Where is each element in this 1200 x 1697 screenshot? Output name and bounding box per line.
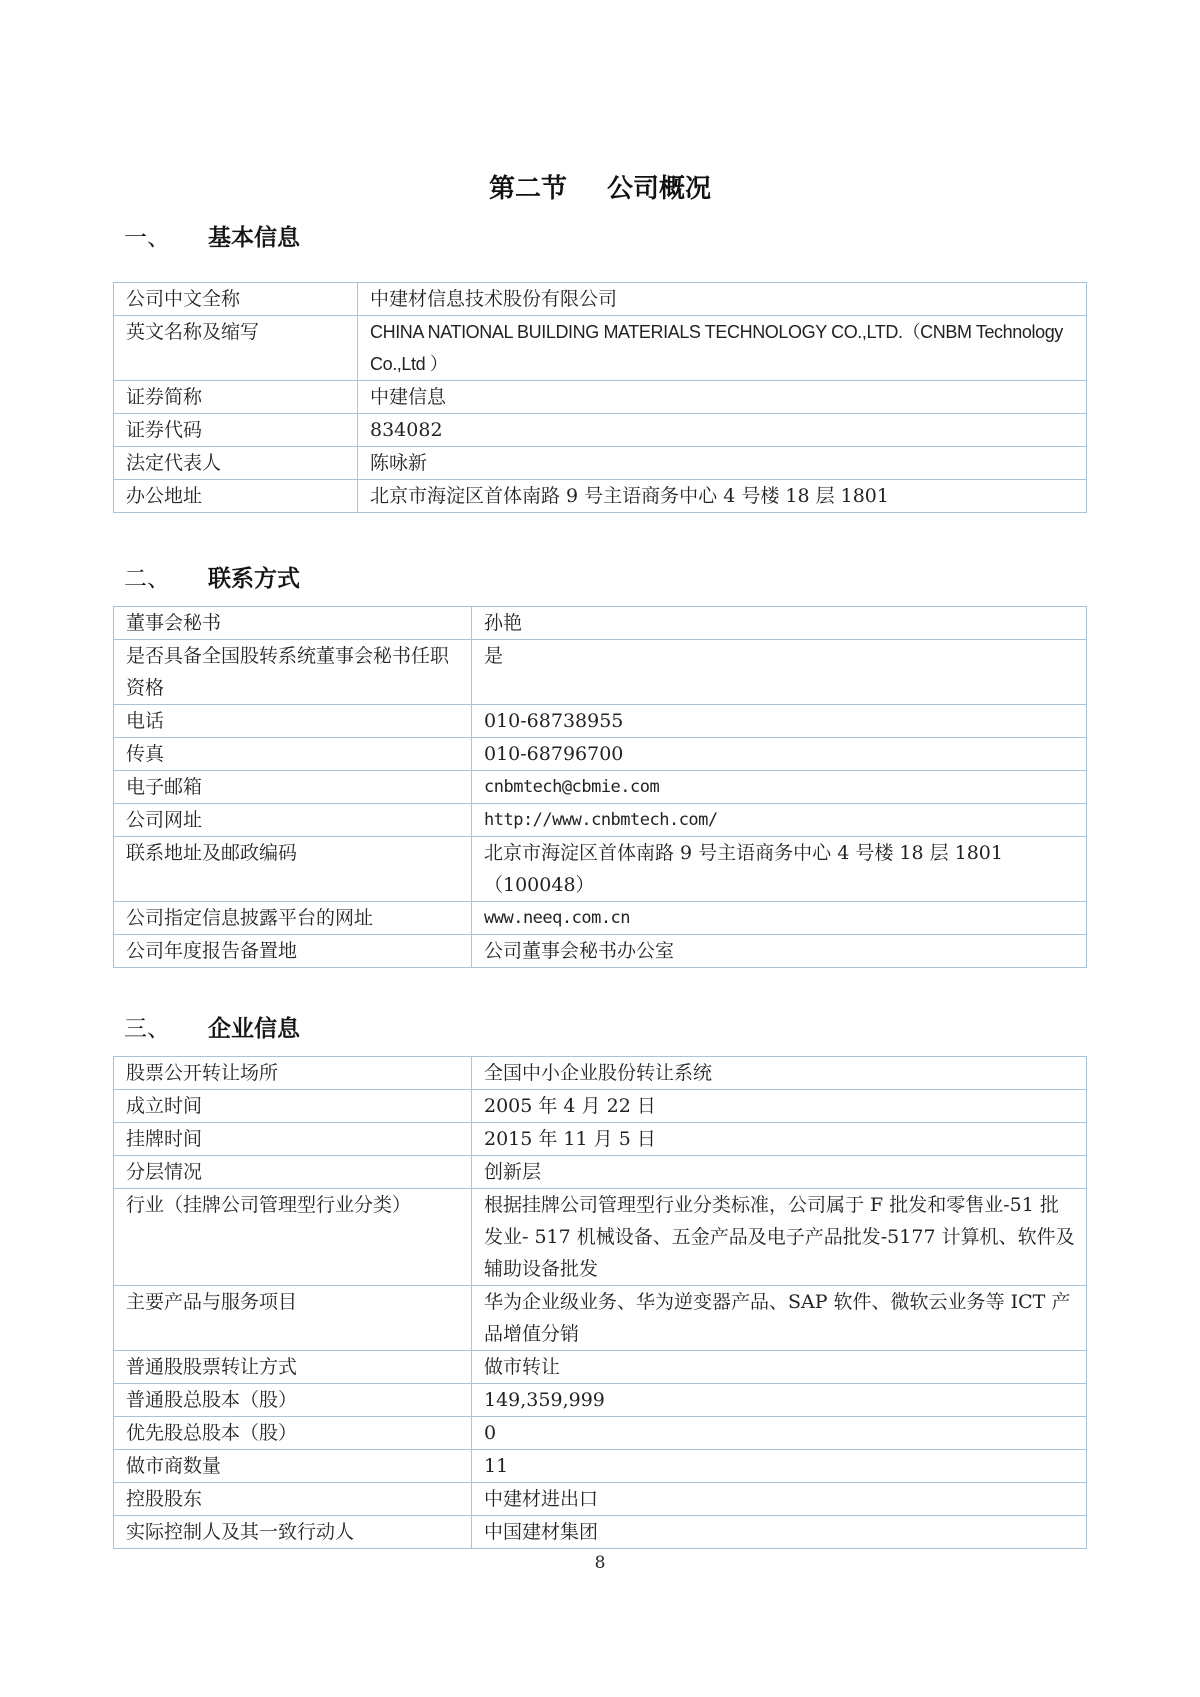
row-label: 证券简称 <box>114 381 358 414</box>
row-label: 电话 <box>114 705 472 738</box>
section-heading-enterprise-info: 三、企业信息 <box>124 1010 300 1043</box>
section-title: 企业信息 <box>208 1016 300 1042</box>
table-row: 行业（挂牌公司管理型行业分类） 根据挂牌公司管理型行业分类标准，公司属于 F 批… <box>114 1189 1087 1286</box>
table-row: 电子邮箱 cnbmtech@cbmie.com <box>114 771 1087 804</box>
row-label: 行业（挂牌公司管理型行业分类） <box>114 1189 472 1286</box>
row-label: 电子邮箱 <box>114 771 472 804</box>
table-row: 分层情况 创新层 <box>114 1156 1087 1189</box>
row-value: 中国建材集团 <box>472 1516 1087 1549</box>
row-value: 149,359,999 <box>472 1384 1087 1417</box>
row-value: 根据挂牌公司管理型行业分类标准，公司属于 F 批发和零售业-51 批发业- 51… <box>472 1189 1087 1286</box>
table-row: 联系地址及邮政编码 北京市海淀区首体南路 9 号主语商务中心 4 号楼 18 层… <box>114 837 1087 902</box>
enterprise-info-table: 股票公开转让场所 全国中小企业股份转让系统 成立时间 2005 年 4 月 22… <box>113 1056 1087 1549</box>
row-value: 010-68738955 <box>472 705 1087 738</box>
row-value: 010-68796700 <box>472 738 1087 771</box>
section-heading-contact: 二、联系方式 <box>124 560 300 593</box>
row-label: 做市商数量 <box>114 1450 472 1483</box>
row-label: 控股股东 <box>114 1483 472 1516</box>
section-title: 联系方式 <box>208 566 300 592</box>
page-title: 第二节公司概况 <box>0 168 1200 205</box>
row-label: 证券代码 <box>114 414 358 447</box>
row-label: 普通股总股本（股） <box>114 1384 472 1417</box>
section-number: 二、 <box>124 560 208 593</box>
table-row: 公司年度报告备置地 公司董事会秘书办公室 <box>114 935 1087 968</box>
row-value: 2005 年 4 月 22 日 <box>472 1090 1087 1123</box>
section-number: 三、 <box>124 1010 208 1043</box>
row-label: 公司指定信息披露平台的网址 <box>114 902 472 935</box>
row-label: 法定代表人 <box>114 447 358 480</box>
row-value: 中建信息 <box>358 381 1087 414</box>
table-row: 电话 010-68738955 <box>114 705 1087 738</box>
row-label: 公司网址 <box>114 804 472 837</box>
row-label: 公司年度报告备置地 <box>114 935 472 968</box>
table-row: 公司指定信息披露平台的网址 www.neeq.com.cn <box>114 902 1087 935</box>
row-label: 是否具备全国股转系统董事会秘书任职资格 <box>114 640 472 705</box>
row-label: 普通股股票转让方式 <box>114 1351 472 1384</box>
row-label: 股票公开转让场所 <box>114 1057 472 1090</box>
table-row: 证券简称 中建信息 <box>114 381 1087 414</box>
table-row: 普通股股票转让方式 做市转让 <box>114 1351 1087 1384</box>
row-value: 做市转让 <box>472 1351 1087 1384</box>
row-label: 实际控制人及其一致行动人 <box>114 1516 472 1549</box>
row-value: 834082 <box>358 414 1087 447</box>
row-label: 办公地址 <box>114 480 358 513</box>
row-value: 全国中小企业股份转让系统 <box>472 1057 1087 1090</box>
table-row: 是否具备全国股转系统董事会秘书任职资格 是 <box>114 640 1087 705</box>
table-row: 股票公开转让场所 全国中小企业股份转让系统 <box>114 1057 1087 1090</box>
table-row: 公司网址 http://www.cnbmtech.com/ <box>114 804 1087 837</box>
table-row: 实际控制人及其一致行动人 中国建材集团 <box>114 1516 1087 1549</box>
disclosure-site-value: www.neeq.com.cn <box>472 902 1087 935</box>
row-value: 中建材信息技术股份有限公司 <box>358 283 1087 316</box>
email-value: cnbmtech@cbmie.com <box>472 771 1087 804</box>
table-row: 做市商数量 11 <box>114 1450 1087 1483</box>
row-label: 分层情况 <box>114 1156 472 1189</box>
chapter-number: 第二节 <box>489 174 567 204</box>
table-row: 董事会秘书 孙艳 <box>114 607 1087 640</box>
table-row: 公司中文全称 中建材信息技术股份有限公司 <box>114 283 1087 316</box>
row-label: 优先股总股本（股） <box>114 1417 472 1450</box>
section-number: 一、 <box>124 219 208 252</box>
row-value: 北京市海淀区首体南路 9 号主语商务中心 4 号楼 18 层 1801 <box>358 480 1087 513</box>
row-value: 中建材进出口 <box>472 1483 1087 1516</box>
table-row: 成立时间 2005 年 4 月 22 日 <box>114 1090 1087 1123</box>
row-label: 成立时间 <box>114 1090 472 1123</box>
row-value: 公司董事会秘书办公室 <box>472 935 1087 968</box>
row-value: 陈咏新 <box>358 447 1087 480</box>
row-value: 创新层 <box>472 1156 1087 1189</box>
section-title: 基本信息 <box>208 225 300 251</box>
row-label: 联系地址及邮政编码 <box>114 837 472 902</box>
row-value: 孙艳 <box>472 607 1087 640</box>
website-value: http://www.cnbmtech.com/ <box>472 804 1087 837</box>
row-label: 主要产品与服务项目 <box>114 1286 472 1351</box>
row-label: 挂牌时间 <box>114 1123 472 1156</box>
row-value: 2015 年 11 月 5 日 <box>472 1123 1087 1156</box>
row-value: 是 <box>472 640 1087 705</box>
table-row: 证券代码 834082 <box>114 414 1087 447</box>
table-row: 英文名称及缩写 CHINA NATIONAL BUILDING MATERIAL… <box>114 316 1087 381</box>
contact-table: 董事会秘书 孙艳 是否具备全国股转系统董事会秘书任职资格 是 电话 010-68… <box>113 606 1087 968</box>
basic-info-table: 公司中文全称 中建材信息技术股份有限公司 英文名称及缩写 CHINA NATIO… <box>113 282 1087 513</box>
row-value: 华为企业级业务、华为逆变器产品、SAP 软件、微软云业务等 ICT 产品增值分销 <box>472 1286 1087 1351</box>
table-row: 法定代表人 陈咏新 <box>114 447 1087 480</box>
row-label: 公司中文全称 <box>114 283 358 316</box>
section-heading-basic-info: 一、基本信息 <box>124 219 300 252</box>
table-row: 传真 010-68796700 <box>114 738 1087 771</box>
table-row: 办公地址 北京市海淀区首体南路 9 号主语商务中心 4 号楼 18 层 1801 <box>114 480 1087 513</box>
table-row: 普通股总股本（股） 149,359,999 <box>114 1384 1087 1417</box>
table-row: 挂牌时间 2015 年 11 月 5 日 <box>114 1123 1087 1156</box>
row-label: 英文名称及缩写 <box>114 316 358 381</box>
row-label: 董事会秘书 <box>114 607 472 640</box>
row-value: CHINA NATIONAL BUILDING MATERIALS TECHNO… <box>358 316 1087 381</box>
row-value: 0 <box>472 1417 1087 1450</box>
row-value: 北京市海淀区首体南路 9 号主语商务中心 4 号楼 18 层 1801（1000… <box>472 837 1087 902</box>
row-label: 传真 <box>114 738 472 771</box>
table-row: 主要产品与服务项目 华为企业级业务、华为逆变器产品、SAP 软件、微软云业务等 … <box>114 1286 1087 1351</box>
row-value: 11 <box>472 1450 1087 1483</box>
table-row: 优先股总股本（股） 0 <box>114 1417 1087 1450</box>
table-row: 控股股东 中建材进出口 <box>114 1483 1087 1516</box>
chapter-title: 公司概况 <box>607 174 711 204</box>
page-number: 8 <box>0 1553 1200 1573</box>
